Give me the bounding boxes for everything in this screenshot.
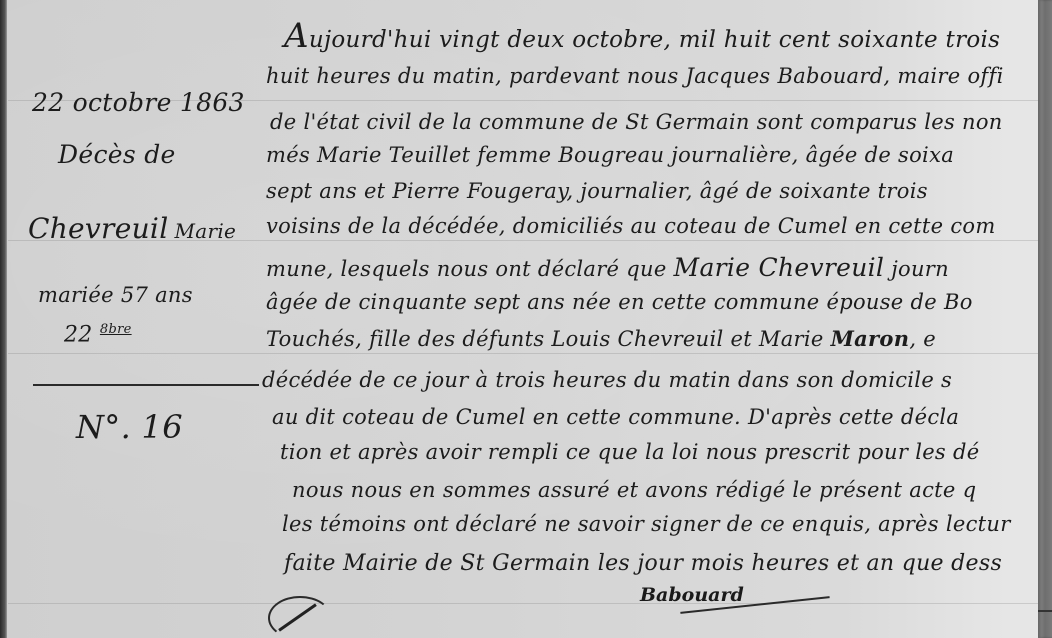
margin-day: 22 8bre	[64, 322, 132, 347]
deceased-name: Marie Chevreuil	[674, 253, 885, 282]
body-line: nous nous en sommes assuré et avons rédi…	[292, 478, 976, 502]
body-line: âgée de cinquante sept ans née en cette …	[266, 290, 973, 314]
body-line-text: mune, lesquels nous ont déclaré que	[266, 257, 674, 281]
binding-edge	[0, 0, 7, 638]
body-line: de l'état civil de la commune de St Germ…	[270, 110, 1003, 134]
margin-first-name: Marie	[174, 219, 236, 243]
margin-date: 22 octobre 1863	[32, 88, 245, 117]
body-line-text: ujourd'hui vingt deux octobre, mil huit …	[309, 27, 1000, 53]
body-line: au dit coteau de Cumel en cette commune.…	[272, 405, 959, 429]
initial-capital: A	[284, 16, 309, 56]
page-right-edge	[1038, 0, 1052, 638]
body-line: les témoins ont déclaré ne savoir signer…	[282, 512, 1011, 536]
margin-status-age: mariée 57 ans	[38, 283, 193, 307]
body-line-text: Touchés, fille des défunts Louis Chevreu…	[266, 327, 831, 351]
margin-month: 8bre	[100, 322, 132, 337]
body-line: faite Mairie de St Germain les jour mois…	[284, 551, 1002, 576]
ruled-line	[8, 353, 1038, 354]
body-line: voisins de la décédée, domiciliés au cot…	[266, 214, 996, 238]
body-line: Aujourd'hui vingt deux octobre, mil huit…	[284, 16, 1000, 56]
margin-surname: Chevreuil	[28, 212, 168, 245]
edge-mark	[1038, 610, 1052, 612]
margin-deceased-name: ChevreuilMarie	[28, 212, 236, 245]
body-line: sept ans et Pierre Fougeray, journalier,…	[266, 179, 928, 203]
mayor-signature: Babouard	[640, 584, 744, 606]
record-number: N°. 16	[76, 408, 183, 446]
margin-divider	[33, 384, 259, 386]
body-line: més Marie Teuillet femme Bougreau journa…	[266, 143, 954, 167]
body-line-text: , e	[909, 327, 936, 351]
margin-day-number: 22	[64, 322, 93, 347]
body-line: décédée de ce jour à trois heures du mat…	[262, 368, 952, 392]
body-line: huit heures du matin, pardevant nous Jac…	[266, 64, 1004, 88]
body-line: mune, lesquels nous ont déclaré que Mari…	[266, 253, 949, 282]
margin-heading: Décès de	[58, 140, 176, 169]
body-line-text: journ	[884, 257, 949, 281]
body-line: Touchés, fille des défunts Louis Chevreu…	[266, 326, 936, 351]
document-scan: 22 octobre 1863 Décès de ChevreuilMarie …	[0, 0, 1052, 638]
ruled-line	[8, 603, 1038, 604]
body-line: tion et après avoir rempli ce que la loi…	[280, 440, 979, 464]
mother-surname-correction: Maron	[831, 326, 910, 351]
